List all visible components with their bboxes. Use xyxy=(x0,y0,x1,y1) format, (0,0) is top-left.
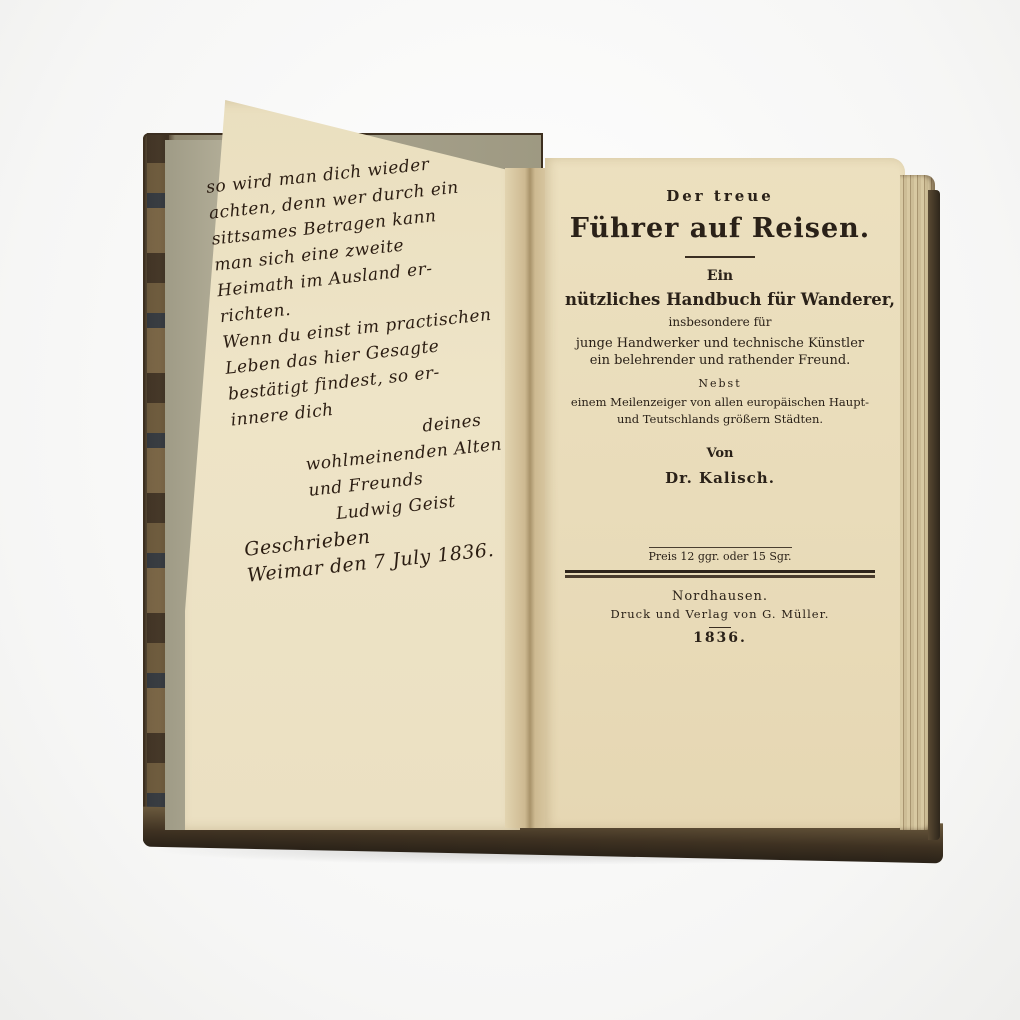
nebst-word: Nebst xyxy=(565,377,875,390)
audience-line-2: ein belehrender und rathender Freund. xyxy=(565,352,875,369)
appendix-line-1: einem Meilenzeiger von allen europäische… xyxy=(565,394,875,411)
title-line-1: Der treue xyxy=(565,187,875,205)
subtitle: nützliches Handbuch für Wanderer, xyxy=(565,290,875,309)
audience-line-1: junge Handwerker und technische Künstler xyxy=(565,335,875,352)
small-rule xyxy=(709,627,731,628)
publication-year: 1836. xyxy=(565,630,875,646)
publisher: Druck und Verlag von G. Müller. xyxy=(565,607,875,621)
publication-place: Nordhausen. xyxy=(565,589,875,604)
price: Preis 12 ggr. oder 15 Sgr. xyxy=(649,547,792,563)
title-line-2: Führer auf Reisen. xyxy=(565,213,875,244)
front-cover-edge xyxy=(928,190,940,840)
appendix-line-2: und Teutschlands größern Städten. xyxy=(565,411,875,428)
title-page-text: Der treue Führer auf Reisen. Ein nützlic… xyxy=(565,185,875,646)
double-rule xyxy=(565,570,875,573)
ein-word: Ein xyxy=(565,268,875,284)
von-word: Von xyxy=(565,446,875,461)
author: Dr. Kalisch. xyxy=(565,469,875,487)
title-rule xyxy=(685,256,755,258)
insbesondere: insbesondere für xyxy=(565,315,875,329)
handwritten-inscription: so wird man dich wieder achten, denn wer… xyxy=(205,143,557,589)
